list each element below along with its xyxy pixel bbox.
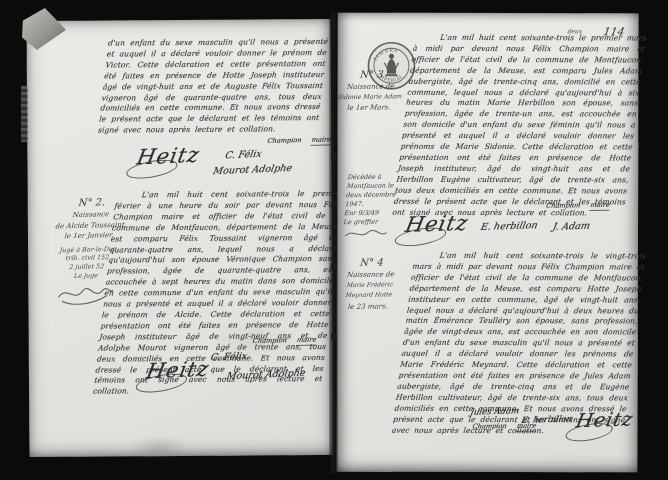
mayor-signature: Champion maire — [545, 202, 610, 211]
witness-signature: E. herbillon — [480, 220, 539, 233]
register-page-right: 114 deux TIMBRE IMPÉRIAL N° 3 Naissance … — [336, 13, 638, 473]
witness-signature: Mourot Adolphe — [212, 163, 293, 177]
act-number: N° 3 — [338, 68, 405, 82]
mayor-signature-title: maire — [296, 336, 317, 345]
witness-signature: C. Félix — [210, 351, 248, 364]
act2-text: L'an mil huit cent soixante-trois le pre… — [92, 189, 344, 398]
mayor-signature-name: Champion — [546, 201, 581, 209]
witness-signature: Heitz — [403, 211, 470, 237]
witness-signature: J. Adam — [552, 221, 591, 233]
mayor-signature: Champion maire — [267, 136, 332, 146]
register-page-left: d'un enfant du sexe masculin qu'il nous … — [26, 19, 333, 457]
act1-continuation-text: d'un enfant du sexe masculin qu'il nous … — [97, 37, 328, 137]
page-edge-stack — [21, 86, 28, 142]
witness-signature: Heitz — [135, 143, 202, 170]
act3-text: L'an mil huit cent soixante-trois le pre… — [392, 33, 647, 219]
binding-stitch — [331, 263, 336, 270]
mayor-signature-name: Champion — [252, 336, 287, 345]
mayor-signature-name: Champion — [472, 422, 507, 431]
witness-signature: Heitz — [144, 357, 211, 384]
witness-signature: Heitz — [574, 408, 635, 432]
binding-stitch — [331, 153, 336, 160]
margin-note-act3: N° 3 Naissance de Sidonie Marie Adam le … — [335, 68, 405, 113]
mayor-signature-title: maire — [590, 202, 611, 211]
act-number: N° 4 — [338, 256, 405, 270]
signature-flourish-icon — [342, 226, 389, 241]
margin-line: le 23 mars. — [334, 301, 401, 312]
paper-smudge — [129, 435, 189, 461]
witness-signature: C. Félix — [224, 149, 262, 162]
binding-stitch — [331, 333, 336, 340]
witness-signature: Jules Adam — [469, 406, 520, 418]
scanned-register-spread: d'un enfant du sexe masculin qu'il nous … — [0, 0, 668, 480]
mayor-signature-name: Champion — [267, 136, 302, 145]
witness-signature: E. herbillon — [520, 414, 573, 426]
margin-note-act4: N° 4 Naissance de Marie Frédéric Meynard… — [334, 256, 405, 312]
margin-line: le 1er Mars. — [335, 102, 402, 113]
margin-line: Le greffier — [343, 217, 406, 227]
mayor-signature: Champion maire — [252, 336, 317, 346]
margin-line: Sidonie Marie Adam — [336, 92, 403, 103]
book-binding-gutter — [329, 11, 338, 474]
